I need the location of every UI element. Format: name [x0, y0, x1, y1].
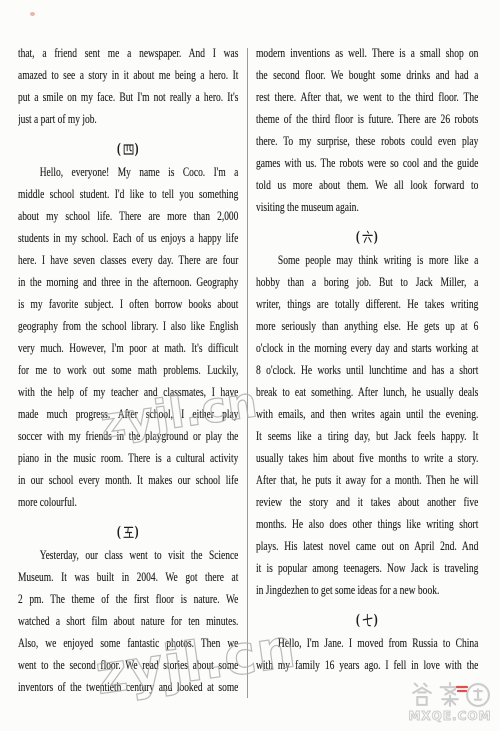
text-line: Museum. It was built in 2004. We got the…: [18, 566, 238, 588]
text-line: made much progress. After school, I eith…: [18, 403, 238, 425]
text-line: here. I have seven classes every day. Th…: [18, 249, 238, 271]
section-heading: (): [256, 226, 478, 248]
text-line: hobby than a boring job. But to Jack Mil…: [256, 271, 478, 293]
text-line: there. To my surprise, these robots coul…: [256, 130, 478, 152]
text-line: writer, things are totally different. He…: [256, 293, 478, 315]
cjk-numeral-glyph: [122, 525, 134, 540]
text-line: amazed to see a story in it about me bei…: [18, 64, 238, 86]
text-line: watched a short film about nature for te…: [18, 610, 238, 632]
text-line: with the help of my teacher and classmat…: [18, 381, 238, 403]
text-line: Some people may think writing is more li…: [256, 249, 478, 271]
text-line: in Jingdezhen to get some ideas for a ne…: [256, 579, 478, 601]
text-line: 8 o'clock. He works until lunchtime and …: [256, 359, 478, 381]
text-line: soccer with my friends in the playground…: [18, 425, 238, 447]
text-line: games with us. The robots were so cool a…: [256, 152, 478, 174]
text-line: 2 pm. The theme of the first floor is na…: [18, 588, 238, 610]
text-line: for me to work out some math problems. L…: [18, 359, 238, 381]
text-line: about my school life. There are more tha…: [18, 205, 238, 227]
logo-cjk-glyph: [437, 682, 463, 708]
scanned-book-page: that, a friend sent me a newspaper. And …: [0, 0, 500, 731]
text-line: with emails, and then writes again until…: [256, 403, 478, 425]
text-line: Hello, everyone! My name is Coco. I'm a: [18, 161, 238, 183]
column-divider-line: [247, 48, 248, 698]
text-line: with my family 16 years ago. I fell in l…: [256, 654, 478, 676]
section-heading: (): [18, 138, 238, 160]
text-line: months. He also does other things like w…: [256, 513, 478, 535]
text-line: inventors of the twentieth century and l…: [18, 676, 238, 698]
text-line: it is popular among teenagers. Now Jack …: [256, 557, 478, 579]
text-line: visiting the museum again.: [256, 196, 478, 218]
text-line: put a smile on my face. But I'm not real…: [18, 86, 238, 108]
logo-cjk-characters: [403, 682, 497, 708]
text-column-left: that, a friend sent me a newspaper. And …: [18, 42, 238, 698]
text-line: plays. His latest novel came out on Apri…: [256, 535, 478, 557]
text-line: break to eat something. After lunch, he …: [256, 381, 478, 403]
cjk-numeral-glyph: [122, 142, 134, 157]
text-line: more colourful.: [18, 491, 238, 513]
text-line: Also, we enjoyed some fantastic photos. …: [18, 632, 238, 654]
text-line: that, a friend sent me a newspaper. And …: [18, 42, 238, 64]
text-line: geography from the school library. I als…: [18, 315, 238, 337]
text-line: very much. However, I'm poor at math. It…: [18, 337, 238, 359]
text-line: told us more about them. We all look for…: [256, 174, 478, 196]
logo-site-text: MXQE.COM: [403, 709, 497, 723]
text-line: the second floor. We bought some drinks …: [256, 64, 478, 86]
section-heading: (): [18, 521, 238, 543]
text-line: theme of the third floor is future. Ther…: [256, 108, 478, 130]
text-line: went to the second floor. We read storie…: [18, 654, 238, 676]
cjk-numeral-glyph: [361, 613, 373, 628]
text-line: more seriously than anything else. He ge…: [256, 315, 478, 337]
text-line: review the story and it takes about anot…: [256, 491, 478, 513]
logo-red-accent-mark: [455, 684, 469, 694]
text-line: middle school student. I'd like to tell …: [18, 183, 238, 205]
text-line: Yesterday, our class went to visit the S…: [18, 544, 238, 566]
text-line: students in my school. Each of us enjoys…: [18, 227, 238, 249]
text-line: After that, he puts it away for a month.…: [256, 469, 478, 491]
text-line: Hello, I'm Jane. I moved from Russia to …: [256, 632, 478, 654]
text-line: is my favorite subject. I often borrow b…: [18, 293, 238, 315]
text-column-right: modern inventions as well. There is a sm…: [256, 42, 478, 676]
text-line: usually takes him about five months to w…: [256, 447, 478, 469]
text-line: rest there. After that, we went to the t…: [256, 86, 478, 108]
scan-artifact-dot: [30, 12, 35, 16]
text-line: in our school every month. It makes our …: [18, 469, 238, 491]
logo-cjk-glyph: [409, 682, 435, 708]
text-line: piano in the music room. There is a cult…: [18, 447, 238, 469]
text-line: It seems like a tiring day, but Jack fee…: [256, 425, 478, 447]
section-heading: (): [256, 609, 478, 631]
text-line: in the morning and three in the afternoo…: [18, 271, 238, 293]
text-line: modern inventions as well. There is a sm…: [256, 42, 478, 64]
text-line: just a part of my job.: [18, 108, 238, 130]
answer-site-logo: MXQE.COM: [403, 682, 497, 723]
text-line: o'clock in the morning every day and sta…: [256, 337, 478, 359]
logo-cjk-glyph: [465, 682, 491, 708]
cjk-numeral-glyph: [361, 230, 373, 245]
